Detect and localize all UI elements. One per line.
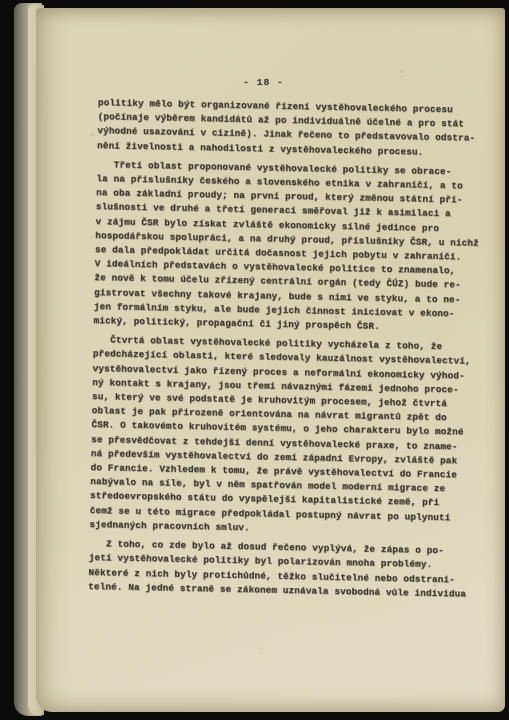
scanned-document-photo: - 18 - politiky mělo být organizované ří… [0,0,509,720]
paragraph: Čtvrtá oblast vystěhovalecké politiky vy… [89,333,485,540]
page-number: - 18 - [36,77,491,88]
paragraph: Z toho, co zde bylo až dosud řečeno vypl… [88,537,481,602]
paragraph: Třetí oblast proponované vystěhovalecké … [93,158,488,336]
page-text-block: politiky mělo být organizované řízení vy… [88,96,490,602]
paragraph: politiky mělo být organizované řízení vy… [97,96,490,161]
document-page: - 18 - politiky mělo být organizované ří… [36,8,505,712]
